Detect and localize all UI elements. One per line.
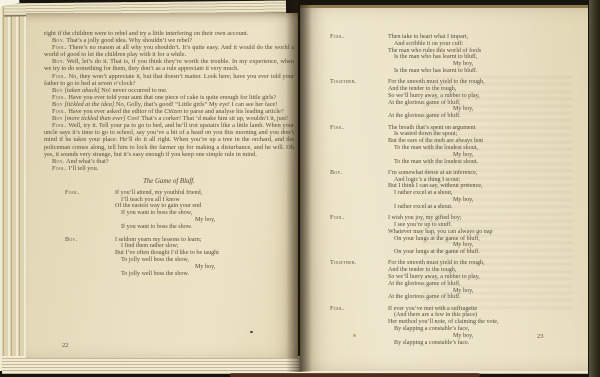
dialogue-text: Well, let’s do it. That is, if you think… [44,58,294,72]
dialogue-paragraph: Boy [taken aback] No! never occurred to … [44,87,294,94]
verse-line: By slapping a constable’s face. [394,340,582,347]
dialogue-text: That’s a jolly good idea. Why shouldn’t … [65,37,192,44]
verse-line: For the smooth must yield to the rough, [388,260,582,267]
speaker-name: Boy [52,115,63,122]
dialogue-paragraph: Boy [tickled at the idea] No, Golly, tha… [44,101,294,108]
page-number-left: 22 [62,342,69,349]
verse-stanza: Boy.I seldom yearn my lessons to learn;I… [44,237,294,278]
verse-line: I rather excel at a shout. [394,204,582,211]
verse-line: On your lungs at the game of bluff, [394,236,582,243]
verse-line: I rather excel at a shout, [394,190,582,197]
verse-line: My boy, [195,264,294,271]
dialogue-text: Coo! That’s a corker! That ’d make him s… [127,115,288,122]
verse-dialogue-left: Fool.If you’ll attend, my youthful frien… [44,190,294,278]
dialogue-text: Have you ever asked the editor of the [67,108,164,115]
dialogue-text: No! never occurred to me. [101,87,167,94]
stanza-lines: Then take to heart what I impart,And scr… [388,34,582,75]
dialogue-text: No, they won’t appreciate it, but that d… [44,73,294,87]
right-page: Fool.Then take to heart what I impart,An… [300,5,588,371]
book-gutter-shadow [286,0,312,372]
dialogue-paragraph: Fool. Have you ever asked the editor of … [44,108,294,115]
dialogue-text: Have you ever told your aunt that one pi… [67,94,276,101]
stanza-lines: For the smooth must yield to the rough,A… [388,79,582,120]
speaker-name: Fool. [52,44,67,51]
verse-line: At the glorious game of bluff. [388,113,582,120]
stanza-lines: If ever you’ve met with a suffragette(An… [388,306,582,347]
verse-line: And the tender to the tough, [388,86,582,93]
dialogue-text: I’ll tell you. [67,165,98,172]
verse-line: And logic’s a thing I scout; [394,177,582,184]
speaker-name: Boy [52,87,63,94]
stanza-lines: The breath that’s spent on argumentIs wa… [388,125,582,166]
dialogue-paragraph: Fool. Have you ever told your aunt that … [44,94,294,101]
verse-line: My boy, [453,61,582,68]
verse-stanza: Together.For the smooth must yield to th… [330,79,582,120]
speaker-name: Boy. [65,237,115,278]
left-page-content: right if the children were to rebel and … [44,30,294,283]
verse-line: My boy, [453,333,582,340]
dialogue-paragraph: right if the children were to rebel and … [44,30,294,37]
dialogue-text: to parse and analyse his leading article… [182,108,284,115]
stanza-lines: If you’ll attend, my youthful friend,I’l… [115,190,294,231]
speaker-name: Fool. [52,165,67,172]
verse-stanza: Fool.If ever you’ve met with a suffraget… [330,306,582,347]
dialogue-paragraph: Boy. And what’s that? [44,158,294,165]
stanza-lines: I wish you joy, my gifted boy;I see you’… [388,215,582,256]
verse-line: So we’ll hurry away, a rubber to play, [388,93,582,100]
verse-line: On your lungs at the game of bluff. [394,249,582,256]
speaker-name: Fool. [52,122,67,129]
verse-stanza: Fool.Then take to heart what I impart,An… [330,34,582,75]
speaker-name: Fool. [330,215,388,256]
verse-line: Whatever may hap, you can always go nap [388,229,582,236]
dialogue-paragraph: Fool. There’s no reason at all why you s… [44,44,294,58]
dialogue-paragraph: Fool. Well, try it. Tell your pa to go t… [44,122,294,157]
verse-line: My boy, [453,288,582,295]
speaker-name: Fool. [52,108,67,115]
page-number-right: 23 [537,333,544,340]
verse-line: To jolly well boss the show. [121,271,294,278]
stanza-lines: I seldom yearn my lessons to learn;I fin… [115,237,294,278]
dialogue-paragraph: Boy [more tickled than ever] Coo! That’s… [44,115,294,122]
verse-stanza: Fool.The breath that’s spent on argument… [330,125,582,166]
speaker-name: Boy. [52,37,65,44]
stage-direction: [taken aback] [63,87,101,94]
verse-line: If you want to boss the show. [121,224,294,231]
verse-line: At the glorious game of bluff, [388,281,582,288]
verse-line: Then take to heart what I impart, [388,34,582,41]
verse-line: I’m somewhat dense at an inference, [388,170,582,177]
verse-line: And scribble it on your cuff: [394,41,582,48]
speaker-name: Boy [52,101,63,108]
verse-stanza: Fool.If you’ll attend, my youthful frien… [44,190,294,231]
stage-direction: [more tickled than ever] [63,115,127,122]
dialogue-paragraph: Boy. That’s a jolly good idea. Why shoul… [44,37,294,44]
verse-line: I wish you joy, my gifted boy; [388,215,582,222]
left-page: right if the children were to rebel and … [26,13,298,358]
verse-stanza: Boy.I’m somewhat dense at an inference,A… [330,170,582,211]
verse-line: And the tender to the tough, [388,267,582,274]
ink-mark [250,331,253,333]
verse-line: Is the man who has learnt to bluff. [394,68,582,75]
verse-line: By slapping a constable’s face, [394,326,582,333]
right-page-content: Fool.Then take to heart what I impart,An… [330,34,582,351]
foxing-spot [353,334,356,337]
verse-line: If you want to boss the show, [121,210,294,217]
speaker-name: Boy. [52,158,65,165]
speaker-name: Fool. [330,306,388,347]
verse-line: For the smooth must yield to the rough, [388,79,582,86]
speaker-name: Fool. [330,125,388,166]
speaker-name: Together. [330,79,388,120]
verse-line: My boy, [453,152,582,159]
verse-line: Is the man who has learnt to bluff, [394,54,582,61]
verse-line: To the man with the loudest shout, [394,145,582,152]
dialogue-text: Well, try it. Tell your pa to go to bed,… [44,122,294,157]
speaker-name: Boy. [52,58,65,65]
verse-line: The breath that’s spent on argument [388,125,582,132]
dialogue-text: No, Golly, that’s good! “Little girls” M… [116,101,278,108]
verse-line: But the ears of the mob are always lent [388,138,582,145]
verse-line: To the man with the loudest shout. [394,159,582,166]
verse-stanza: Fool.I wish you joy, my gifted boy;I see… [330,215,582,256]
dialogue-paragraph: Boy. Well, let’s do it. That is, if you … [44,58,294,72]
speaker-name: Fool. [52,73,67,80]
dialogue-paragraph: Fool. I’ll tell you. [44,165,294,172]
verse-line: I see you’re up to snuff. [394,222,582,229]
stage-direction: [tickled at the idea] [63,101,116,108]
speaker-name: Fool. [52,94,67,101]
section-heading: The Game of Bluff. [44,178,294,185]
dialogue-paragraph: Fool. No, they won’t appreciate it, but … [44,73,294,87]
verse-line: If you’ll attend, my youthful friend, [115,190,294,197]
cover-bottom-edge [230,373,480,377]
prose-dialogue: right if the children were to rebel and … [44,30,294,172]
dialogue-text: There’s no reason at all why you shouldn… [44,44,294,58]
verse-line: At the glorious game of bluff. [388,294,582,301]
stage-direction: Citizen [164,108,182,115]
verse-line: My boy, [195,217,294,224]
verse-line: At the glorious game of bluff, [388,100,582,107]
verse-stanza: Together.For the smooth must yield to th… [330,260,582,301]
verse-line: But I’ve often thought I’d like to be ta… [115,250,294,257]
speaker-name: Fool. [330,34,388,75]
cover-right-edge [589,0,600,377]
speaker-name: Fool. [65,190,115,231]
dialogue-text: And what’s that? [65,158,109,165]
dialogue-text: right if the children were to rebel and … [44,30,248,37]
speaker-name: Together. [330,260,388,301]
verse-line: My boy, [453,106,582,113]
verse-line: My boy, [453,197,582,204]
verse-line: But I think I can say, without pretence, [388,183,582,190]
stanza-lines: I’m somewhat dense at an inference,And l… [388,170,582,211]
verse-line: To jolly well boss the show, [121,257,294,264]
book-photo: right if the children were to rebel and … [0,0,600,377]
stanza-lines: For the smooth must yield to the rough,A… [388,260,582,301]
verse-dialogue-right: Fool.Then take to heart what I impart,An… [330,34,582,346]
speaker-name: Boy. [330,170,388,211]
verse-line: So we’ll hurry away, a rubber to play, [388,274,582,281]
